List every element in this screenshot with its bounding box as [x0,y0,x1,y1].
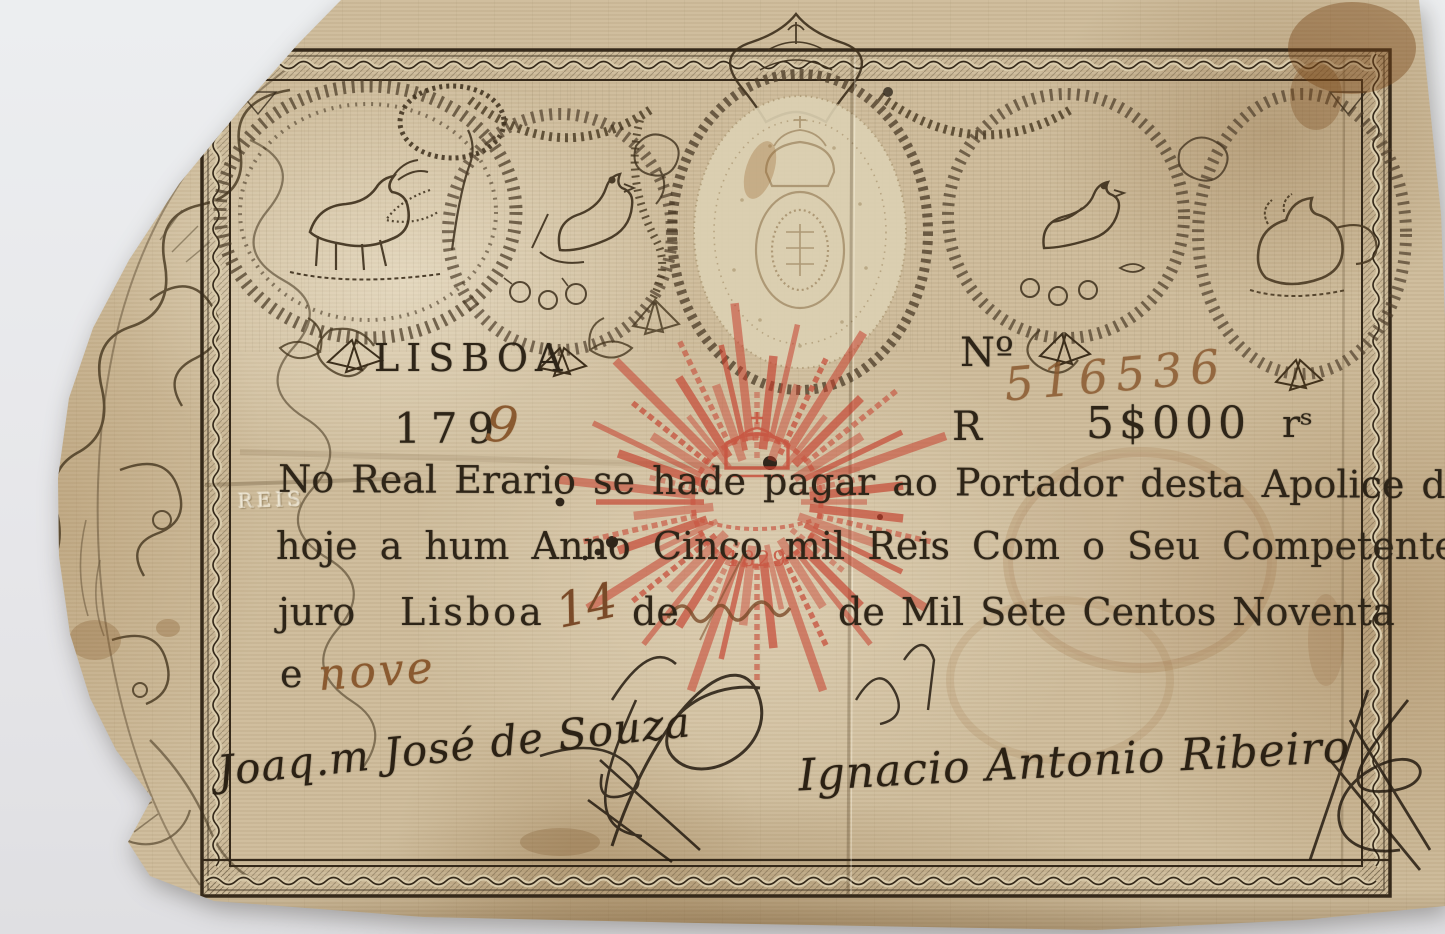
body-line-3-rest: de Mil Sete Centos Noventa [838,590,1395,634]
body-line-3-de: de [632,590,679,634]
body-line-1: No Real Erario se hade pagar ao Portador… [278,457,1445,507]
banknote-paper: 1829 LISBOA 179 9 Nº 5 [0,0,1445,934]
scanned-banknote-canvas: 1829 LISBOA 179 9 Nº 5 [0,0,1445,934]
bottom-edge-shading [60,892,1445,934]
right-rubric-mark [856,645,934,724]
ribbon-bow-icon [1276,360,1322,390]
body-line-2: hoje a hum Anno Cinco mil Reis Com o Seu… [276,524,1445,568]
amount-unit: rˢ [1282,402,1313,446]
paper-wrapper: 1829 LISBOA 179 9 Nº 5 [0,0,1445,934]
place-heading: LISBOA [374,336,570,380]
handwritten-nove: nove [316,642,437,701]
amount-value: 5$000 [1086,398,1251,449]
body-line-3-juro: juro [278,590,355,634]
body-line-3-lisboa: Lisboa [400,590,545,634]
series-letter: R [952,404,982,450]
body-line-4-e: e [280,652,303,696]
